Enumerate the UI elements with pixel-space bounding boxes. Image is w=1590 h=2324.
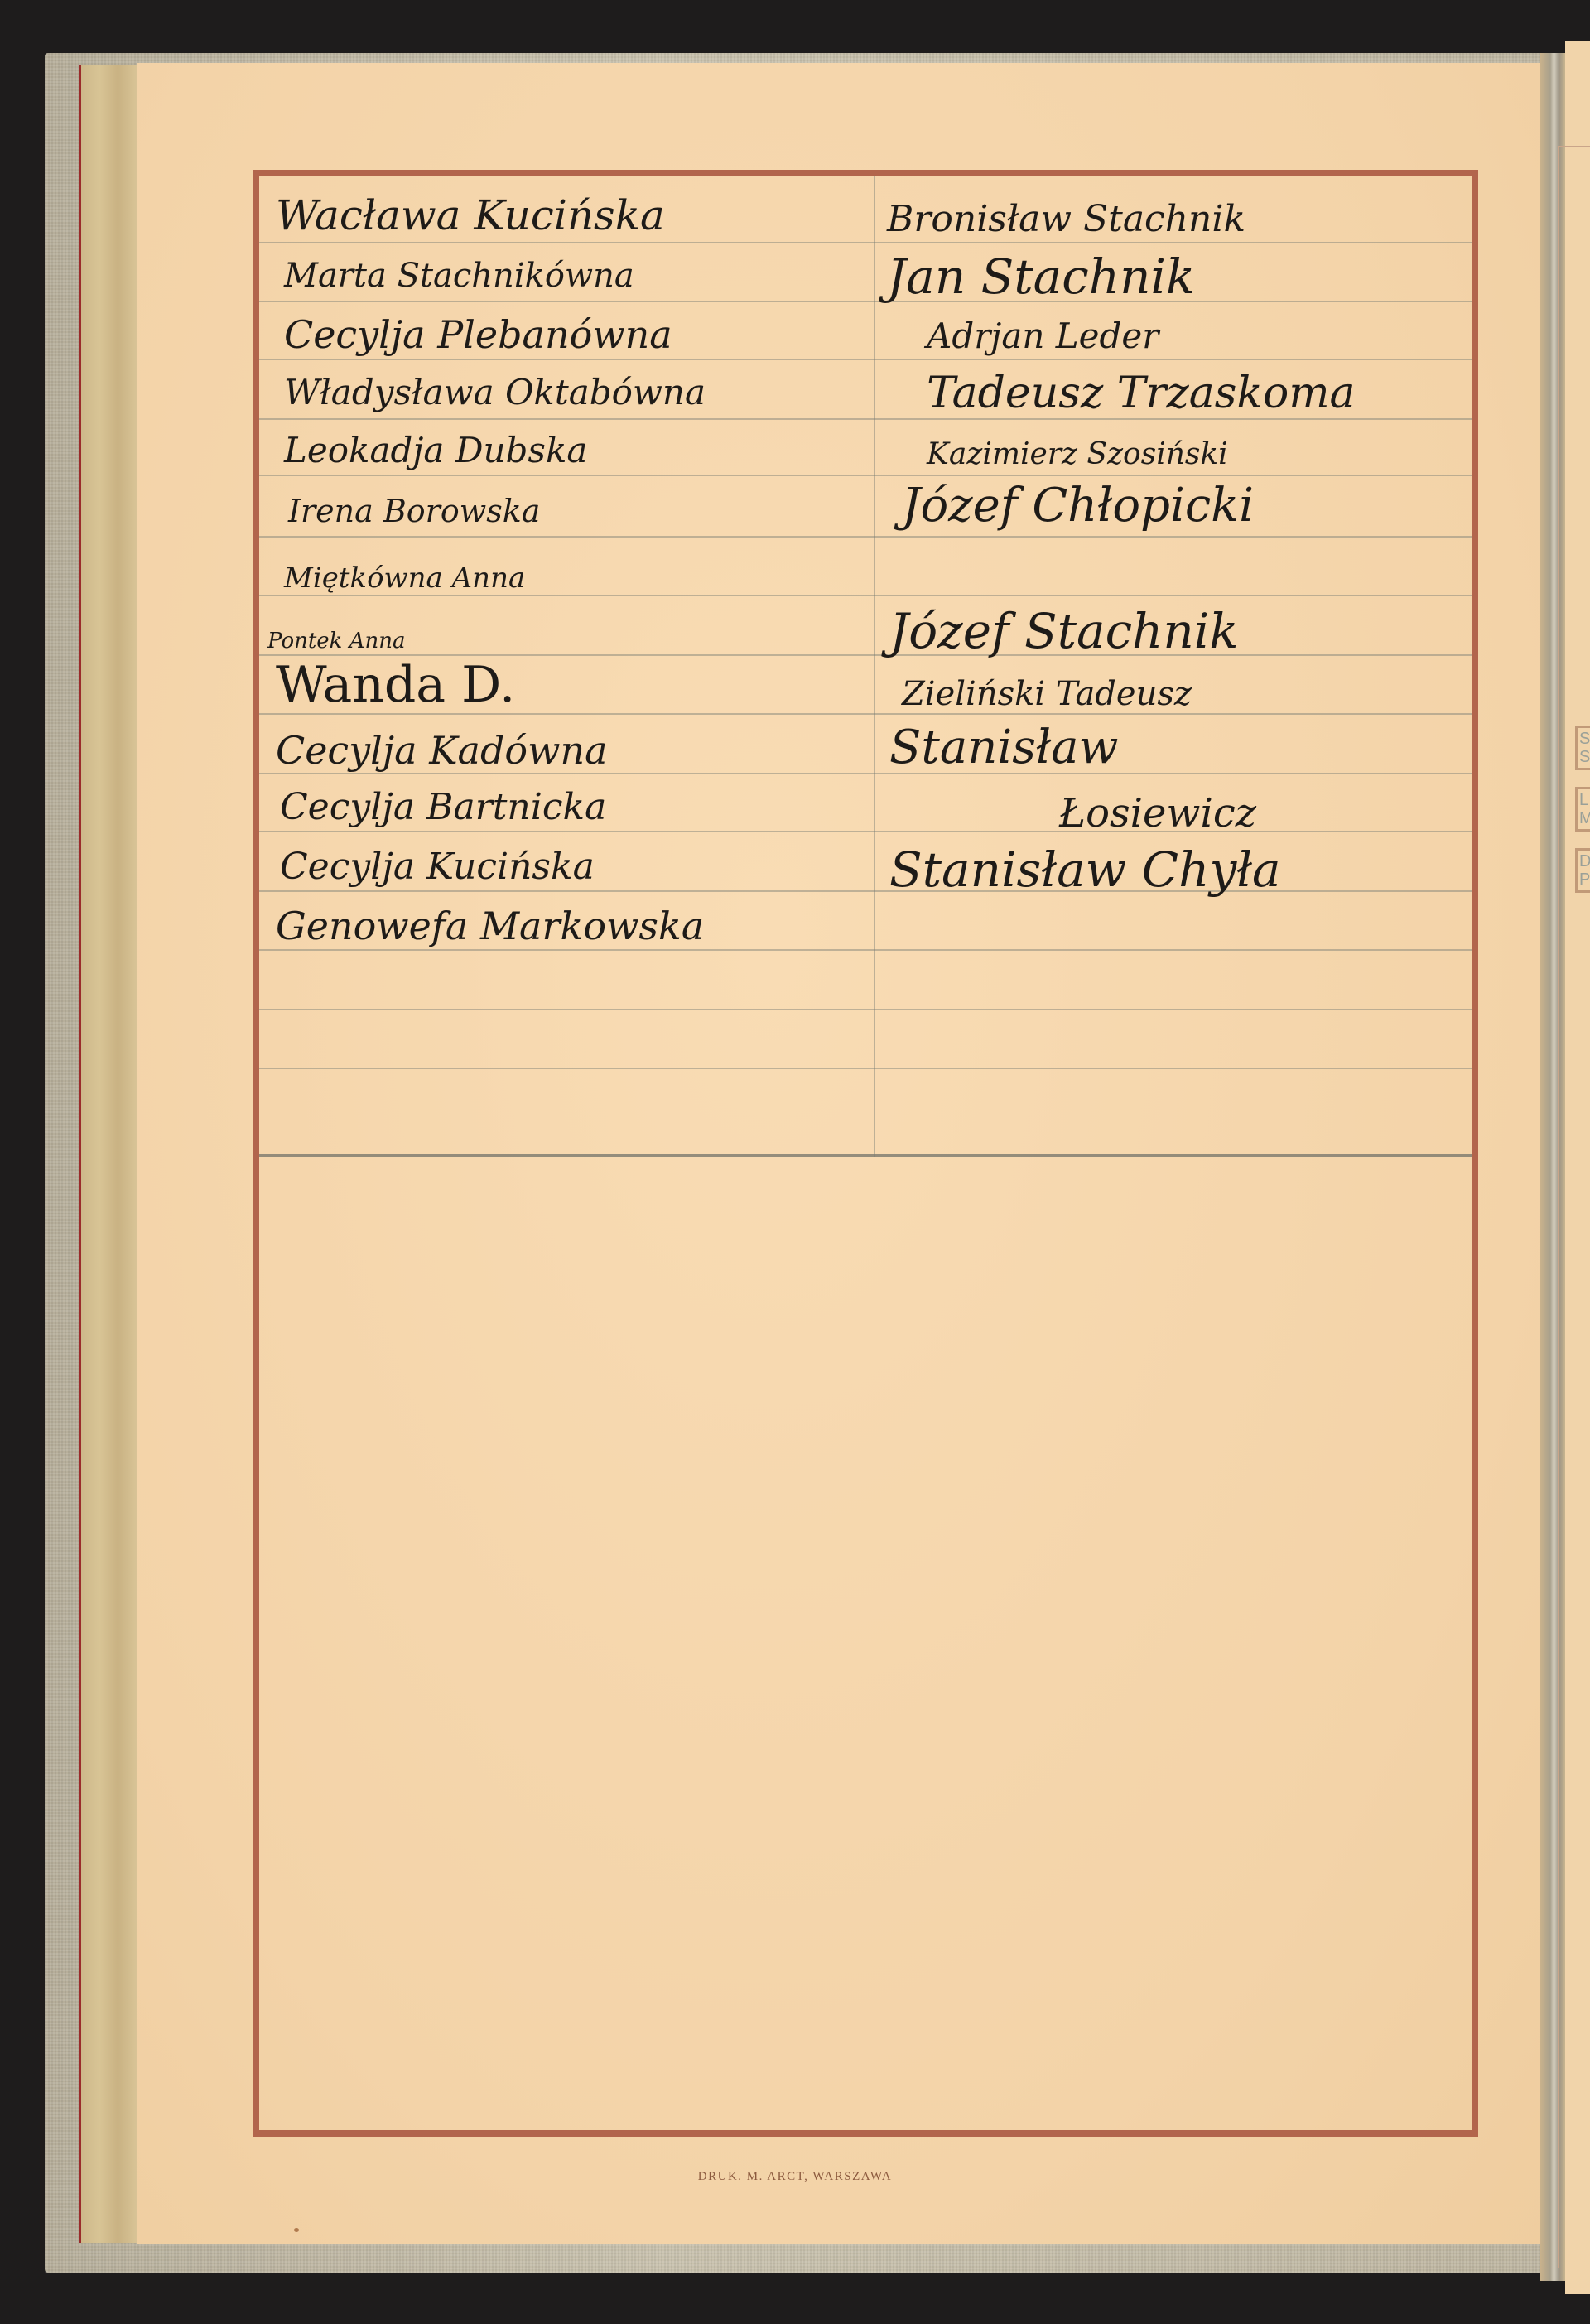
printer-imprint: DRUK. M. ARCT, WARSZAWA <box>0 2170 1590 2184</box>
name-entry: Stanisław Chyła <box>889 846 1281 894</box>
name-entry: Wanda D. <box>276 660 515 710</box>
name-entry: Józef Stachnik <box>889 607 1238 655</box>
name-entry: Łosiewicz <box>1059 793 1256 833</box>
name-entry: Bronisław Stachnik <box>887 201 1245 238</box>
name-entry: Leokadja Dubska <box>284 433 587 468</box>
facing-page-label: LOC MIE <box>1575 787 1590 832</box>
name-entry: Zieliński Tadeusz <box>902 677 1192 711</box>
name-entry: Adrjan Leder <box>927 319 1159 354</box>
facing-page-label: DIST POW <box>1575 848 1590 893</box>
name-entry: Irena Borowska <box>288 495 540 527</box>
name-entry: Józef Chłopicki <box>902 483 1254 529</box>
name-entry: Tadeusz Trzaskoma <box>927 372 1356 415</box>
name-entry: Władysława Oktabówna <box>284 375 706 410</box>
left-name-column: Wacława Kucińska Marta Stachnikówna Cecy… <box>259 176 872 1157</box>
name-register-table: Wacława Kucińska Marta Stachnikówna Cecy… <box>259 176 1472 1159</box>
name-entry: Pontek Anna <box>267 630 405 652</box>
name-entry: Cecylja Kucińska <box>280 849 595 885</box>
right-name-column: Bronisław Stachnik Jan Stachnik Adrjan L… <box>877 176 1472 1157</box>
facing-page-label: SCH SZK <box>1575 726 1590 770</box>
name-entry: Cecylja Kadówna <box>276 731 608 769</box>
name-entry: Cecylja Plebanówna <box>284 316 672 354</box>
name-entry: Genowefa Markowska <box>276 907 704 945</box>
name-entry: Marta Stachnikówna <box>284 259 634 292</box>
paper-spot <box>294 2228 299 2232</box>
name-entry: Stanisław <box>889 725 1118 771</box>
name-entry: Miętkówna Anna <box>284 564 525 592</box>
facing-page-frame <box>1558 146 1590 2268</box>
name-entry: Cecylja Bartnicka <box>280 789 606 826</box>
name-entry: Wacława Kucińska <box>276 195 665 236</box>
page-block-edges <box>79 65 142 2243</box>
column-divider <box>874 176 875 1157</box>
name-entry: Jan Stachnik <box>887 253 1195 301</box>
name-entry: Kazimierz Szosiński <box>927 440 1228 470</box>
